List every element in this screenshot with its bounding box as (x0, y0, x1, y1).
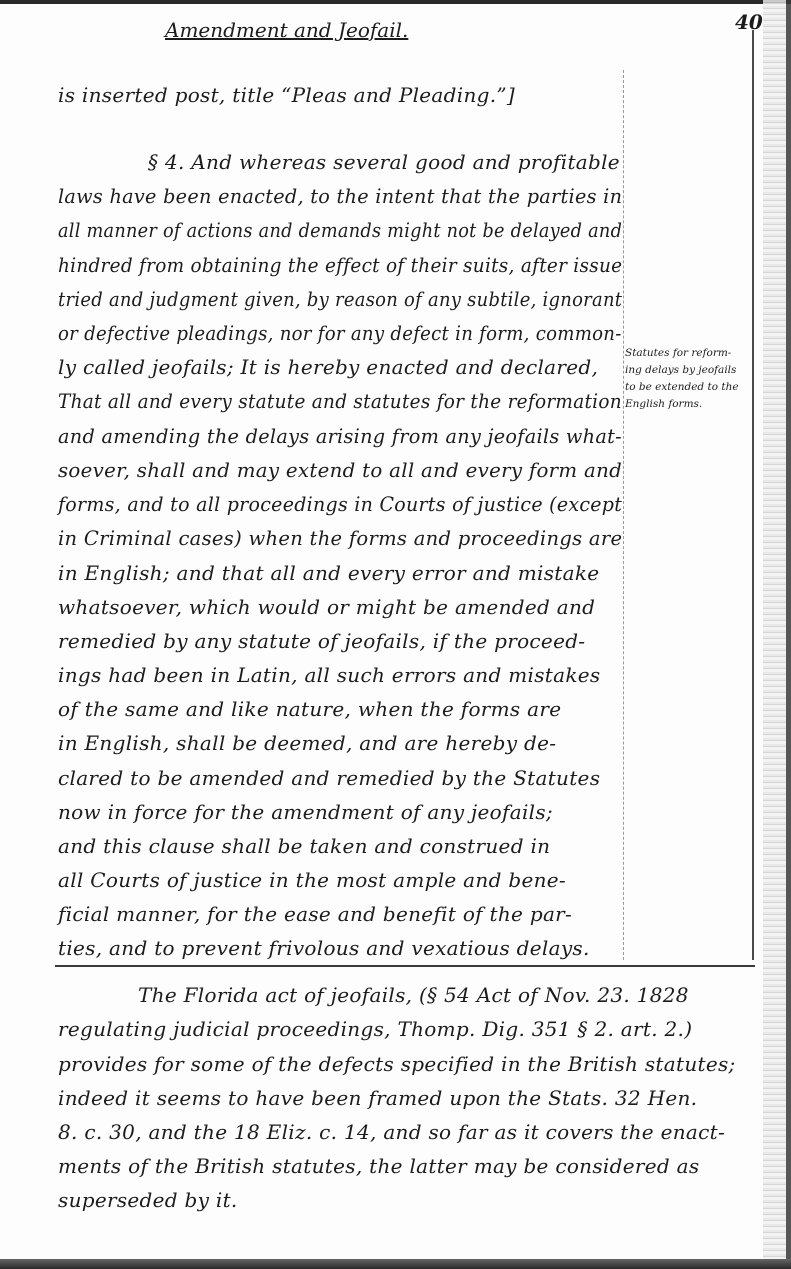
text-line: now in force for the amendment of any je… (58, 800, 553, 824)
text-line: all Courts of justice in the most ample … (58, 868, 566, 892)
text-line: and this clause shall be taken and const… (58, 834, 550, 858)
marginal-line: Statutes for reform- (625, 345, 750, 362)
text-line: in English, shall be deemed, and are her… (58, 731, 556, 755)
text-line: § 4. And whereas several good and profit… (148, 150, 620, 174)
marginal-note: Statutes for reform- ing delays by jeofa… (625, 345, 750, 413)
footnote-line: provides for some of the defects specifi… (58, 1052, 736, 1076)
text-line: of the same and like nature, when the fo… (58, 697, 561, 721)
margin-rule (623, 70, 625, 960)
text-line: clared to be amended and remedied by the… (58, 766, 600, 790)
text-line: laws have been enacted, to the intent th… (58, 184, 622, 208)
text-line: tried and judgment given, by reason of a… (58, 287, 622, 311)
text-line: whatsoever, which would or might be amen… (58, 595, 595, 619)
marginal-line: English forms. (625, 396, 750, 413)
text-line: soever, shall and may extend to all and … (58, 458, 622, 482)
marginal-line: to be extended to the (625, 379, 750, 396)
text-line: remedied by any statute of jeofails, if … (58, 629, 585, 653)
footnote-line: ments of the British statutes, the latte… (58, 1154, 699, 1178)
text-line: in Criminal cases) when the forms and pr… (58, 526, 622, 550)
footnote-line: indeed it seems to have been framed upon… (58, 1086, 697, 1110)
page-title: Amendment and Jeofail. (165, 18, 408, 42)
text-line: all manner of actions and demands might … (58, 218, 622, 242)
text-line: ly called jeofails; It is hereby enacted… (58, 355, 598, 379)
scan-edge-bottom (0, 1259, 791, 1269)
text-line: and amending the delays arising from any… (58, 424, 622, 448)
scan-edge-top (0, 0, 791, 4)
scan-edge-right (763, 0, 791, 1269)
text-line: ficial manner, for the ease and benefit … (58, 902, 572, 926)
page-number: 40 (735, 10, 763, 34)
text-line: forms, and to all proceedings in Courts … (58, 492, 622, 516)
text-line: is inserted post, title “Pleas and Plead… (58, 83, 515, 107)
text-line: or defective pleadings, nor for any defe… (58, 321, 622, 345)
text-line: ings had been in Latin, all such errors … (58, 663, 600, 687)
footnote-divider (55, 965, 755, 967)
text-line: That all and every statute and statutes … (58, 389, 622, 413)
text-line: hindred from obtaining the effect of the… (58, 253, 622, 277)
text-line: ties, and to prevent frivolous and vexat… (58, 936, 590, 960)
marginal-line: ing delays by jeofails (625, 362, 750, 379)
text-line: in English; and that all and every error… (58, 561, 599, 585)
footnote-line: 8. c. 30, and the 18 Eliz. c. 14, and so… (58, 1120, 725, 1144)
footnote-line: The Florida act of jeofails, (§ 54 Act o… (138, 983, 689, 1007)
manuscript-page: Amendment and Jeofail. 40 is inserted po… (0, 0, 791, 1269)
right-border-rule (752, 30, 754, 960)
footnote-line: regulating judicial proceedings, Thomp. … (58, 1017, 692, 1041)
footnote-line: superseded by it. (58, 1188, 238, 1212)
